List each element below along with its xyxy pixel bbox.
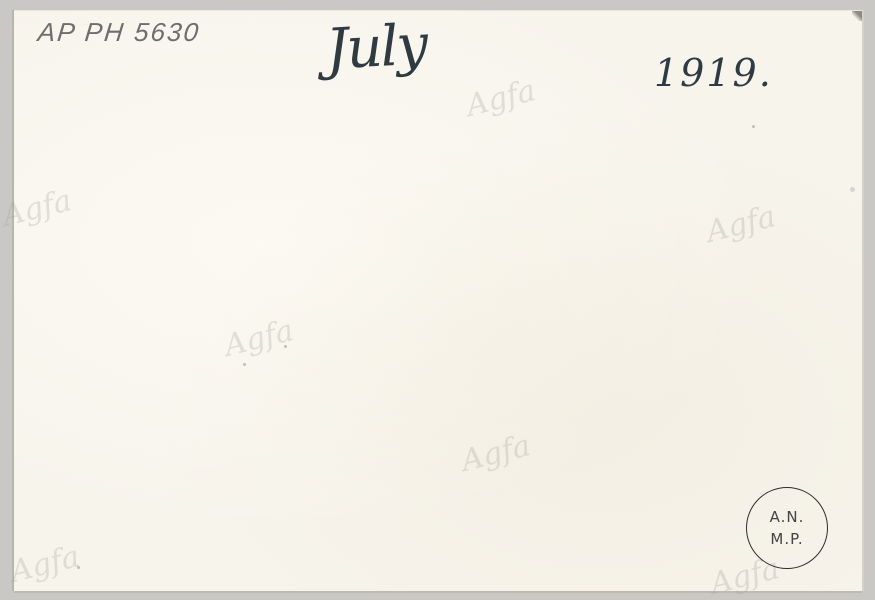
paper-speck bbox=[284, 345, 287, 348]
paper-speck bbox=[77, 566, 80, 569]
agfa-watermark: Agfa bbox=[7, 539, 83, 590]
stamp-line-2: M.P. bbox=[770, 528, 803, 550]
agfa-watermark: Agfa bbox=[458, 428, 534, 479]
accession-number: AP PH 5630 bbox=[36, 17, 201, 48]
agfa-watermark: Agfa bbox=[703, 199, 779, 250]
collection-stamp: A.N. M.P. bbox=[746, 487, 828, 569]
photograph-back: AP PH 5630 July 1919. Agfa Agfa Agfa Agf… bbox=[14, 10, 862, 591]
year-inscription: 1919. bbox=[654, 51, 773, 95]
corner-damage bbox=[852, 11, 862, 21]
paper-speck bbox=[850, 187, 855, 192]
month-inscription: July bbox=[324, 12, 427, 82]
agfa-watermark: Agfa bbox=[463, 73, 539, 124]
ink-dot bbox=[752, 125, 755, 128]
paper-speck bbox=[243, 363, 246, 366]
agfa-watermark: Agfa bbox=[0, 183, 75, 234]
agfa-watermark: Agfa bbox=[221, 313, 297, 364]
stamp-line-1: A.N. bbox=[770, 506, 805, 528]
